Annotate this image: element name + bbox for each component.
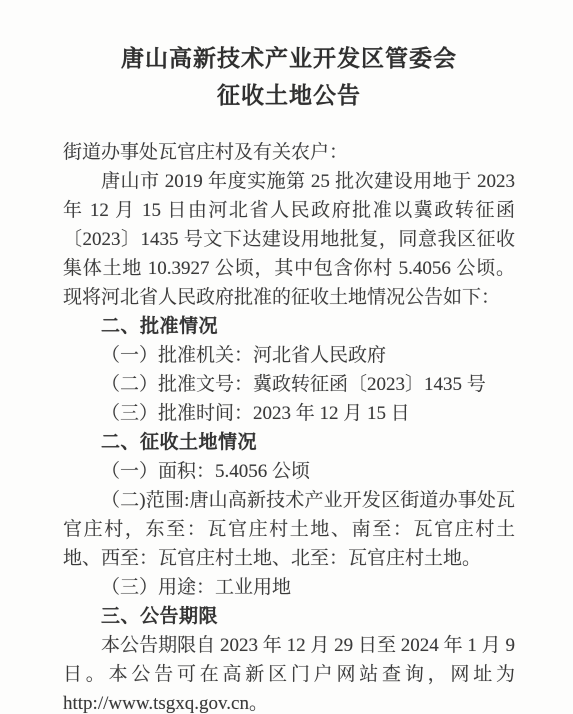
scanned-document-page: 唐山高新技术产业开发区管委会 征收土地公告 街道办事处瓦官庄村及有关农户： 唐山… [0, 0, 573, 714]
approval-item-date: （三）批准时间：2023 年 12 月 15 日 [63, 399, 515, 428]
section-heading-announcement-period: 三、公告期限 [63, 602, 515, 631]
land-item-scope: （二)范围:唐山高新技术产业开发区街道办事处瓦官庄村，东至：瓦官庄村土地、南至：… [63, 486, 515, 573]
document-title-line-2: 征收土地公告 [63, 77, 515, 114]
land-item-area: （一）面积：5.4056 公顷 [63, 457, 515, 486]
document-title-block: 唐山高新技术产业开发区管委会 征收土地公告 [63, 40, 515, 114]
salutation-line: 街道办事处瓦官庄村及有关农户： [63, 138, 515, 167]
approval-item-document-number: （二）批准文号：冀政转征函〔2023〕1435 号 [63, 370, 515, 399]
intro-paragraph: 唐山市 2019 年度实施第 25 批次建设用地于 2023 年 12 月 15… [63, 167, 515, 312]
document-title-line-1: 唐山高新技术产业开发区管委会 [63, 40, 515, 77]
land-item-usage: （三）用途：工业用地 [63, 573, 515, 602]
section-heading-land-expropriation: 二、征收土地情况 [63, 428, 515, 457]
closing-paragraph: 本公告期限自 2023 年 12 月 29 日至 2024 年 1 月 9 日。… [63, 631, 515, 714]
approval-item-authority: （一）批准机关：河北省人民政府 [63, 341, 515, 370]
section-heading-approval: 二、批准情况 [63, 312, 515, 341]
